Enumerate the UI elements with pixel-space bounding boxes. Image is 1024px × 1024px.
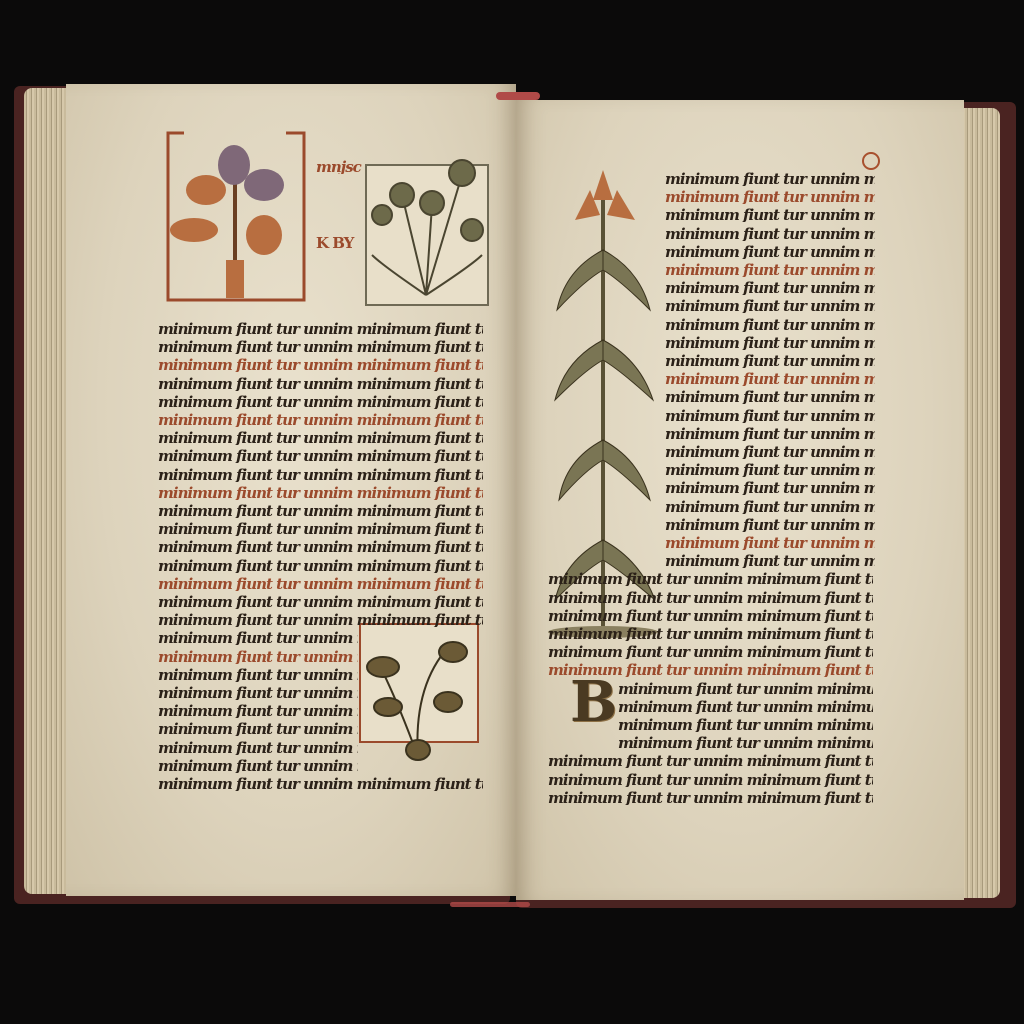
script-text-line: minimum fiunt tur unnim minimum fiunt tu…	[158, 322, 483, 336]
script-text-line: minimum fiunt tur unnim minimum fiunt tu…	[665, 500, 875, 514]
right-page-edges	[960, 108, 1000, 898]
marginal-text-line: mnjsc	[316, 160, 366, 174]
script-text-line: minimum fiunt tur unnim minimum fiunt tu…	[665, 536, 875, 550]
script-text-line: minimum fiunt tur unnim minimum fiunt tu…	[158, 431, 483, 445]
script-text-line: minimum fiunt tur unnim minimum fiunt tu…	[618, 700, 873, 714]
tall-stalk-plant-illustration	[545, 160, 665, 640]
script-text-line: minimum fiunt tur unnim minimum fiunt tu…	[158, 777, 483, 791]
script-text-line: minimum fiunt tur unnim minimum fiunt tu…	[548, 627, 873, 641]
script-text-line: minimum fiunt tur unnim minimum fiunt tu…	[665, 172, 875, 186]
top-bookmark-ribbon	[496, 92, 540, 100]
script-text-line: minimum fiunt tur unnim minimum fiunt tu…	[158, 577, 483, 591]
bottom-bookmark-ribbon	[450, 902, 530, 907]
script-text-line: minimum fiunt tur unnim minimum fiunt tu…	[158, 631, 358, 645]
script-text-line: minimum fiunt tur unnim minimum fiunt tu…	[158, 486, 483, 500]
script-text-line: minimum fiunt tur unnim minimum fiunt tu…	[158, 377, 483, 391]
script-text-line: minimum fiunt tur unnim minimum fiunt tu…	[665, 390, 875, 404]
script-text-line: minimum fiunt tur unnim minimum fiunt tu…	[665, 299, 875, 313]
script-text-line: minimum fiunt tur unnim minimum fiunt tu…	[158, 522, 483, 536]
script-text-line: minimum fiunt tur unnim minimum fiunt tu…	[158, 559, 483, 573]
left-page-edges	[24, 88, 70, 894]
script-text-line: minimum fiunt tur unnim minimum fiunt tu…	[665, 354, 875, 368]
script-text-line: minimum fiunt tur unnim minimum fiunt tu…	[618, 718, 873, 732]
folio-ornament	[862, 152, 880, 170]
script-text-line: minimum fiunt tur unnim minimum fiunt tu…	[618, 682, 873, 696]
script-text-line: minimum fiunt tur unnim minimum fiunt tu…	[158, 613, 483, 627]
decorated-initial-letter: B	[570, 674, 617, 730]
script-text-line: minimum fiunt tur unnim minimum fiunt tu…	[158, 759, 358, 773]
script-text-line: minimum fiunt tur unnim minimum fiunt tu…	[158, 413, 483, 427]
script-text-line: minimum fiunt tur unnim minimum fiunt tu…	[665, 208, 875, 222]
script-text-line: minimum fiunt tur unnim minimum fiunt tu…	[158, 741, 358, 755]
script-text-line: minimum fiunt tur unnim minimum fiunt tu…	[618, 736, 873, 750]
script-text-line: minimum fiunt tur unnim minimum fiunt tu…	[158, 395, 483, 409]
script-text-line: minimum fiunt tur unnim minimum fiunt tu…	[665, 336, 875, 350]
script-text-line: minimum fiunt tur unnim minimum fiunt tu…	[665, 554, 875, 568]
script-text-line: minimum fiunt tur unnim minimum fiunt tu…	[665, 409, 875, 423]
script-text-line: minimum fiunt tur unnim minimum fiunt tu…	[548, 572, 873, 586]
script-text-line: minimum fiunt tur unnim minimum fiunt tu…	[158, 504, 483, 518]
bracketed-leafy-plant-illustration	[164, 130, 314, 305]
script-text-line: minimum fiunt tur unnim minimum fiunt tu…	[665, 372, 875, 386]
marginal-text-kby: K BY	[316, 236, 366, 250]
script-text-line: minimum fiunt tur unnim minimum fiunt tu…	[665, 190, 875, 204]
script-text-line: minimum fiunt tur unnim minimum fiunt tu…	[665, 463, 875, 477]
script-text-line: minimum fiunt tur unnim minimum fiunt tu…	[158, 340, 483, 354]
script-text-line: minimum fiunt tur unnim minimum fiunt tu…	[548, 609, 873, 623]
script-text-line: minimum fiunt tur unnim minimum fiunt tu…	[158, 468, 483, 482]
script-text-line: minimum fiunt tur unnim minimum fiunt tu…	[665, 227, 875, 241]
script-text-line: minimum fiunt tur unnim minimum fiunt tu…	[158, 595, 483, 609]
flowering-plant-frame-illustration	[362, 155, 492, 315]
script-text-line: minimum fiunt tur unnim minimum fiunt tu…	[548, 663, 873, 677]
script-text-line: minimum fiunt tur unnim minimum fiunt tu…	[158, 686, 358, 700]
script-text-line: minimum fiunt tur unnim minimum fiunt tu…	[548, 791, 873, 805]
script-text-line: minimum fiunt tur unnim minimum fiunt tu…	[548, 591, 873, 605]
script-text-line: minimum fiunt tur unnim minimum fiunt tu…	[665, 318, 875, 332]
script-text-line: minimum fiunt tur unnim minimum fiunt tu…	[665, 281, 875, 295]
script-text-line: minimum fiunt tur unnim minimum fiunt tu…	[665, 427, 875, 441]
script-text-line: minimum fiunt tur unnim minimum fiunt tu…	[548, 773, 873, 787]
script-text-line: minimum fiunt tur unnim minimum fiunt tu…	[158, 358, 483, 372]
script-text-line: minimum fiunt tur unnim minimum fiunt tu…	[665, 263, 875, 277]
vine-plant-frame-illustration	[358, 622, 480, 762]
script-text-line: minimum fiunt tur unnim minimum fiunt tu…	[665, 518, 875, 532]
script-text-line: minimum fiunt tur unnim minimum fiunt tu…	[158, 704, 358, 718]
script-text-line: minimum fiunt tur unnim minimum fiunt tu…	[665, 481, 875, 495]
script-text-line: minimum fiunt tur unnim minimum fiunt tu…	[158, 722, 358, 736]
script-text-line: minimum fiunt tur unnim minimum fiunt tu…	[665, 445, 875, 459]
script-text-line: minimum fiunt tur unnim minimum fiunt tu…	[158, 449, 483, 463]
script-text-line: minimum fiunt tur unnim minimum fiunt tu…	[548, 645, 873, 659]
script-text-line: minimum fiunt tur unnim minimum fiunt tu…	[548, 754, 873, 768]
script-text-line: minimum fiunt tur unnim minimum fiunt tu…	[158, 650, 358, 664]
script-text-line: minimum fiunt tur unnim minimum fiunt tu…	[665, 245, 875, 259]
script-text-line: minimum fiunt tur unnim minimum fiunt tu…	[158, 668, 358, 682]
script-text-line: minimum fiunt tur unnim minimum fiunt tu…	[158, 540, 483, 554]
